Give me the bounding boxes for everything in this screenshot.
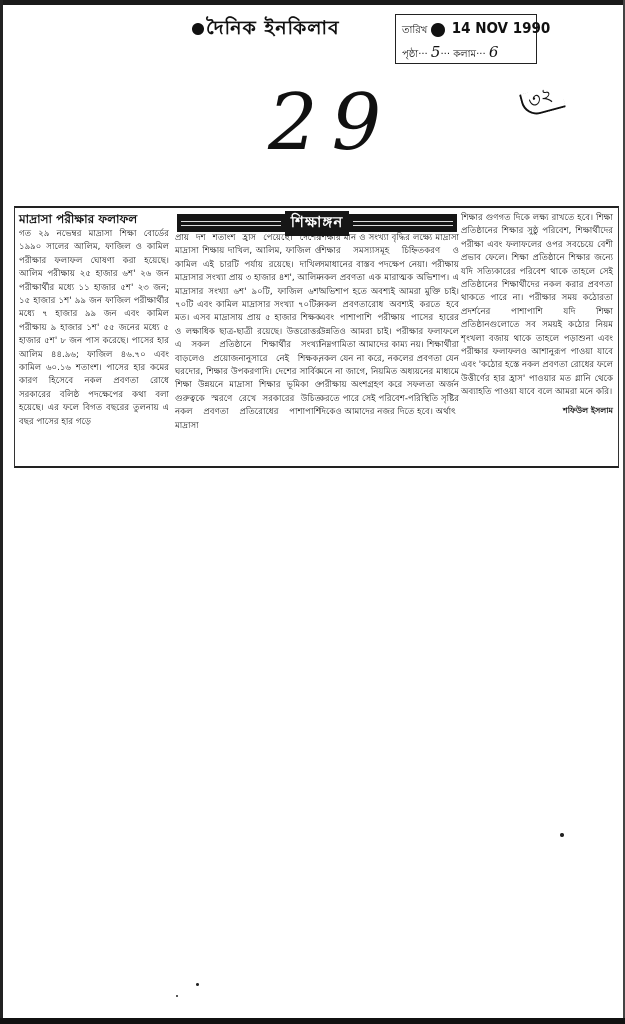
newspaper-clipping: শিক্ষাঙ্গন মাদ্রাসা পরীক্ষার ফলাফল গত ২৯… (14, 206, 619, 468)
stamp-page-value: 5 (431, 43, 441, 61)
stamp-column-value: 6 (489, 43, 499, 61)
column-3-text: শিক্ষার মান ও সংখ্যা বৃদ্ধির লক্ষ্যে মাদ… (319, 232, 459, 420)
stamp-page-label: পৃষ্ঠা (402, 49, 418, 60)
article-column-2: প্রায় দশ শতাংশ হ্রাস পেয়েছে। দেশের মাদ… (175, 232, 321, 433)
stamp-date-row: তারিখ 14 NOV 1990 (402, 19, 550, 40)
banner-stripe-right (353, 221, 453, 226)
ink-blot-icon (192, 23, 204, 35)
stamp-page-row: পৃষ্ঠা··· 5··· কলাম··· 6 (402, 43, 498, 64)
stamp-date-label: তারিখ (402, 25, 427, 36)
article-headline: মাদ্রাসা পরীক্ষার ফলাফল (19, 212, 169, 227)
stamp-date-value: 14 NOV 1990 (452, 19, 551, 37)
stamp-column-label: কলাম (453, 49, 476, 60)
article-column-1: মাদ্রাসা পরীক্ষার ফলাফল গত ২৯ নভেম্বর মা… (19, 212, 169, 429)
newspaper-masthead: দৈনিক ইনকিলাব (192, 14, 340, 46)
scan-edge-top (0, 0, 625, 5)
banner-stripe-left (181, 221, 281, 226)
column-1-text: গত ২৯ নভেম্বর মাদ্রাসা শিক্ষা বোর্ডের ১৯… (19, 228, 169, 429)
ink-blot-icon (431, 23, 445, 37)
article-column-4: শিক্ষার গুণগত দিকে লক্ষ্য রাখতে হবে। শিক… (461, 212, 613, 417)
clipping-date-stamp: তারিখ 14 NOV 1990 পৃষ্ঠা··· 5··· কলাম···… (395, 14, 537, 64)
scan-edge-left (0, 0, 3, 1024)
scan-speck (176, 995, 178, 997)
article-byline: শফিউল ইসলাম (461, 404, 613, 417)
column-4-text: শিক্ষার গুণগত দিকে লক্ষ্য রাখতে হবে। শিক… (461, 212, 613, 400)
section-banner: শিক্ষাঙ্গন (177, 214, 457, 232)
scan-edge-bottom (0, 1018, 625, 1024)
scan-speck (196, 983, 199, 986)
masthead-title: দৈনিক ইনকিলাব (206, 17, 340, 39)
handwritten-mark: ৩২ (521, 80, 559, 121)
handwritten-file-number: 29 (268, 78, 395, 168)
article-column-3: শিক্ষার মান ও সংখ্যা বৃদ্ধির লক্ষ্যে মাদ… (319, 232, 459, 420)
scan-speck (560, 833, 564, 837)
column-2-text: প্রায় দশ শতাংশ হ্রাস পেয়েছে। দেশের মাদ… (175, 232, 321, 433)
